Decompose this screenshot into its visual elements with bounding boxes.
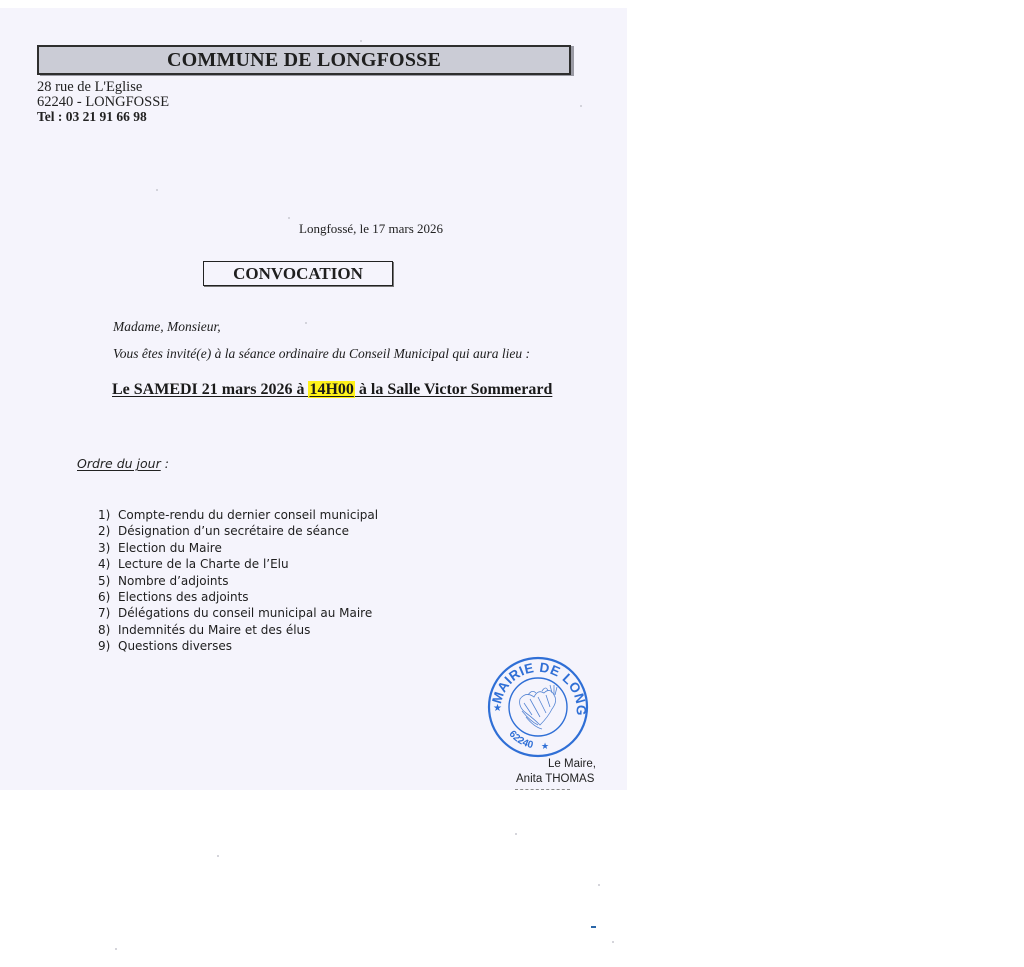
agenda-item: 1)Compte-rendu du dernier conseil munici… — [98, 507, 378, 523]
invitation-text: Vous êtes invité(e) à la séance ordinair… — [113, 346, 530, 362]
svg-text:★: ★ — [493, 703, 502, 714]
agenda-item-label: Lecture de la Charte de l’Elu — [118, 557, 289, 571]
agenda-item: 9)Questions diverses — [98, 638, 378, 654]
agenda-item-label: Nombre d’adjoints — [118, 574, 228, 588]
agenda-heading: Ordre du jour : — [77, 456, 169, 471]
phone-number: Tel : 03 21 91 66 98 — [37, 109, 147, 125]
agenda-item-label: Indemnités du Maire et des élus — [118, 623, 310, 637]
agenda-item-number: 8) — [98, 622, 118, 638]
commune-header-bar: COMMUNE DE LONGFOSSE — [37, 45, 571, 75]
scan-speck — [217, 855, 219, 857]
agenda-item: 7)Délégations du conseil municipal au Ma… — [98, 605, 378, 621]
agenda-item-number: 5) — [98, 573, 118, 589]
meeting-details: Le SAMEDI 21 mars 2026 à 14H00 à la Sall… — [112, 381, 552, 399]
meeting-time-highlight: 14H00 — [308, 381, 354, 398]
agenda-item-label: Questions diverses — [118, 639, 232, 653]
agenda-item-number: 2) — [98, 523, 118, 539]
signature-line — [515, 789, 570, 790]
agenda-item-label: Délégations du conseil municipal au Mair… — [118, 606, 372, 620]
convocation-title-box: CONVOCATION — [203, 261, 393, 286]
signature-role: Le Maire, — [548, 758, 596, 770]
greeting: Madame, Monsieur, — [113, 319, 221, 335]
scan-speck — [598, 884, 600, 886]
svg-text:★: ★ — [541, 742, 549, 752]
commune-title: COMMUNE DE LONGFOSSE — [167, 49, 441, 71]
agenda-item-number: 3) — [98, 540, 118, 556]
scan-mark — [591, 926, 596, 928]
agenda-item: 6)Elections des adjoints — [98, 589, 378, 605]
agenda-item: 2)Désignation d’un secrétaire de séance — [98, 523, 378, 539]
agenda-item-number: 6) — [98, 589, 118, 605]
agenda-item-label: Désignation d’un secrétaire de séance — [118, 524, 349, 538]
meeting-date-prefix: Le SAMEDI 21 mars 2026 à — [112, 381, 308, 398]
agenda-item: 8)Indemnités du Maire et des élus — [98, 622, 378, 638]
agenda-item-number: 9) — [98, 638, 118, 654]
scan-speck — [115, 948, 117, 950]
agenda-item: 5)Nombre d’adjoints — [98, 573, 378, 589]
scan-speck — [515, 833, 517, 835]
agenda-list: 1)Compte-rendu du dernier conseil munici… — [98, 507, 378, 655]
signature-name: Anita THOMAS — [516, 773, 594, 785]
document-page: COMMUNE DE LONGFOSSE 28 rue de L'Eglise … — [0, 8, 627, 790]
agenda-item-label: Elections des adjoints — [118, 590, 249, 604]
agenda-item-number: 4) — [98, 556, 118, 572]
agenda-item-label: Compte-rendu du dernier conseil municipa… — [118, 508, 378, 522]
agenda-item-number: 7) — [98, 605, 118, 621]
agenda-item-number: 1) — [98, 507, 118, 523]
agenda-item: 4)Lecture de la Charte de l’Elu — [98, 556, 378, 572]
scan-speck — [612, 941, 614, 943]
agenda-item: 3)Election du Maire — [98, 540, 378, 556]
municipal-seal-icon: MAIRIE DE LONGFOSSE 62240 ★ ★ — [486, 655, 590, 759]
dateline: Longfossé, le 17 mars 2026 — [299, 221, 443, 237]
convocation-title: CONVOCATION — [233, 264, 363, 283]
agenda-item-label: Election du Maire — [118, 541, 222, 555]
meeting-location: à la Salle Victor Sommerard — [355, 381, 552, 398]
